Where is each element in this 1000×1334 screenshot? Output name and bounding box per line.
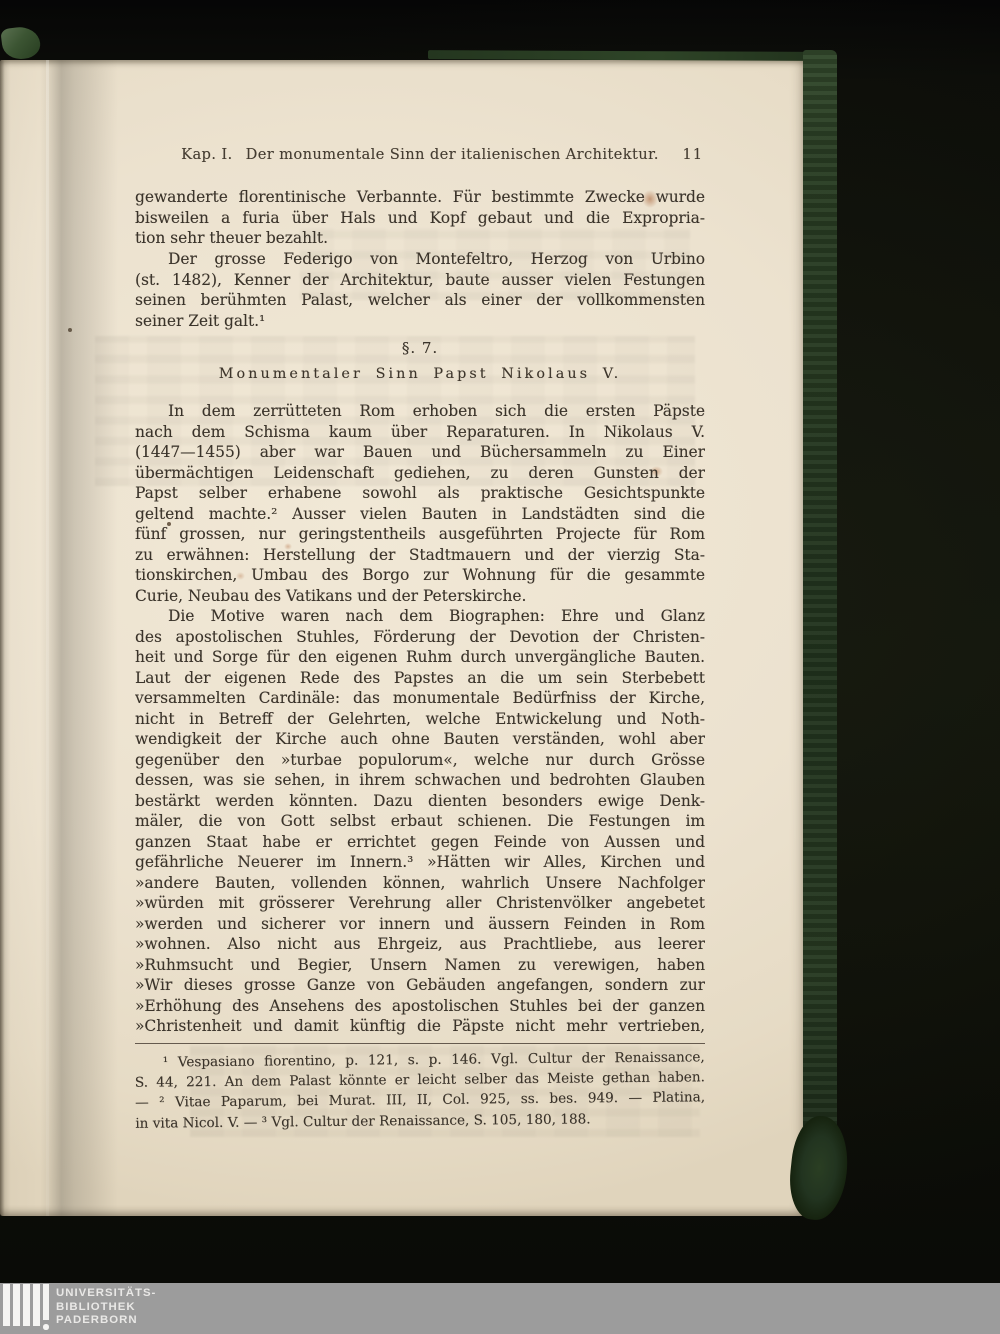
footer-bar: UNIVERSITÄTS- BIBLIOTHEK PADERBORN [0,1283,1000,1334]
gutter-shadow [0,60,118,1216]
text-line: »werden und sicherer vor innern und äuss… [135,915,705,936]
logo-bar [33,1284,40,1326]
library-name-line: UNIVERSITÄTS- [56,1287,156,1301]
section-title: Monumentaler Sinn Papst Nikolaus V. [135,366,705,382]
book-cover-corner [0,25,42,61]
text-line: mäler, die von Gott selbst erbaut schien… [135,812,705,833]
paragraph: gewanderte florentinische Verbannte. Für… [135,188,705,250]
page: Kap. I.Der monumentale Sinn der italieni… [0,60,806,1216]
text-line: »Christenheit und damit künftig die Päps… [135,1017,705,1038]
text-line: »Wir dieses grosse Ganze von Gebäuden an… [135,976,705,997]
text-line: bisweilen a furia über Hals und Kopf geb… [135,209,705,230]
library-name-line: BIBLIOTHEK [56,1301,156,1315]
text-line: (st. 1482), Kenner der Architektur, baut… [135,271,705,292]
page-text: Kap. I.Der monumentale Sinn der italieni… [135,60,705,1216]
text-line: ganzen Staat habe er errichtet gegen Fei… [135,833,705,854]
page-number: 11 [682,146,703,163]
running-head: Kap. I.Der monumentale Sinn der italieni… [135,146,705,163]
text-line: des apostolischen Stuhles, Förderung der… [135,628,705,649]
stain [68,328,72,332]
text-line: »wohnen. Also nicht aus Ehrgeiz, aus Pra… [135,935,705,956]
text-line: gefährliche Neuerer im Innern.³ »Hätten … [135,853,705,874]
logo-bar [13,1284,20,1326]
section-mark: §. 7. [135,339,705,357]
text-line: tion sehr theuer bezahlt. [135,229,705,250]
running-title: Der monumentale Sinn der italienischen A… [246,146,659,163]
text-line: wendigkeit der Kirche auch ohne Bauten v… [135,730,705,751]
library-name-line: PADERBORN [56,1314,156,1328]
text-line: »andere Bauten, vollenden können, wahrli… [135,874,705,895]
text-line: nach dem Schisma kaum über Reparaturen. … [135,423,705,444]
text-line: bestärkt werden könnten. Dazu dienten be… [135,792,705,813]
logo-bar [23,1284,30,1326]
library-logo [0,1284,52,1334]
text-line: tionskirchen, Umbau des Borgo zur Wohnun… [135,566,705,587]
paragraph: Der grosse Federigo von Montefeltro, Her… [135,250,705,332]
text-line: Curie, Neubau des Vatikans und der Peter… [135,587,705,608]
logo-bar [3,1284,10,1326]
footnote-rule [135,1043,705,1044]
text-line: fünf grossen, nur geringstentheils ausge… [135,525,705,546]
footnotes: ¹ Vespasiano fiorentino, p. 121, s. p. 1… [135,1049,706,1135]
text-line: »würden mit grösserer Verehrung aller Ch… [135,894,705,915]
book-cover-top-edge [428,50,812,61]
book-cover-right-edge [803,50,837,1172]
text-line: in vita Nicol. V. — ³ Vgl. Cultur der Re… [135,1110,705,1136]
library-name: UNIVERSITÄTS- BIBLIOTHEK PADERBORN [56,1287,156,1328]
text-line: »Erhöhung des Ansehens des apostolischen… [135,997,705,1018]
text-line: dessen, was sie sehen, in ihrem schwache… [135,771,705,792]
logo-dot [43,1324,49,1330]
text-line: In dem zerrütteten Rom erhoben sich die … [135,402,705,423]
book-photo: Kap. I.Der monumentale Sinn der italieni… [0,0,1000,1334]
chapter-label: Kap. I. [181,146,232,163]
page-fold-crease [46,60,49,1216]
text-line: seinen berühmten Palast, welcher als ein… [135,291,705,312]
text-line: übermächtigen Leidenschaft gediehen, zu … [135,464,705,485]
text-line: Der grosse Federigo von Montefeltro, Her… [135,250,705,271]
text-line: gegenüber den »turbae populorum«, welche… [135,751,705,772]
text-line: heit und Sorge für den eigenen Ruhm durc… [135,648,705,669]
text-line: nicht in Betreff der Gelehrten, welche E… [135,710,705,731]
text-line: versammelten Cardinäle: das monumentale … [135,689,705,710]
text-line: Laut der eigenen Rede des Papstes an die… [135,669,705,690]
paragraph: In dem zerrütteten Rom erhoben sich die … [135,402,705,607]
text-line: gewanderte florentinische Verbannte. Für… [135,188,705,209]
text-line: geltend machte.² Ausser vielen Bauten in… [135,505,705,526]
text-line: seiner Zeit galt.¹ [135,312,705,333]
text-line: »Ruhmsucht und Begier, Unsern Namen zu v… [135,956,705,977]
text-line: Papst selber erhabene sowohl als praktis… [135,484,705,505]
text-line: (1447—1455) aber war Bauen und Büchersam… [135,443,705,464]
paragraph: Die Motive waren nach dem Biographen: Eh… [135,607,705,1038]
logo-bar [43,1284,49,1320]
text-line: zu erwähnen: Herstellung der Stadtmauern… [135,546,705,567]
text-line: Die Motive waren nach dem Biographen: Eh… [135,607,705,628]
